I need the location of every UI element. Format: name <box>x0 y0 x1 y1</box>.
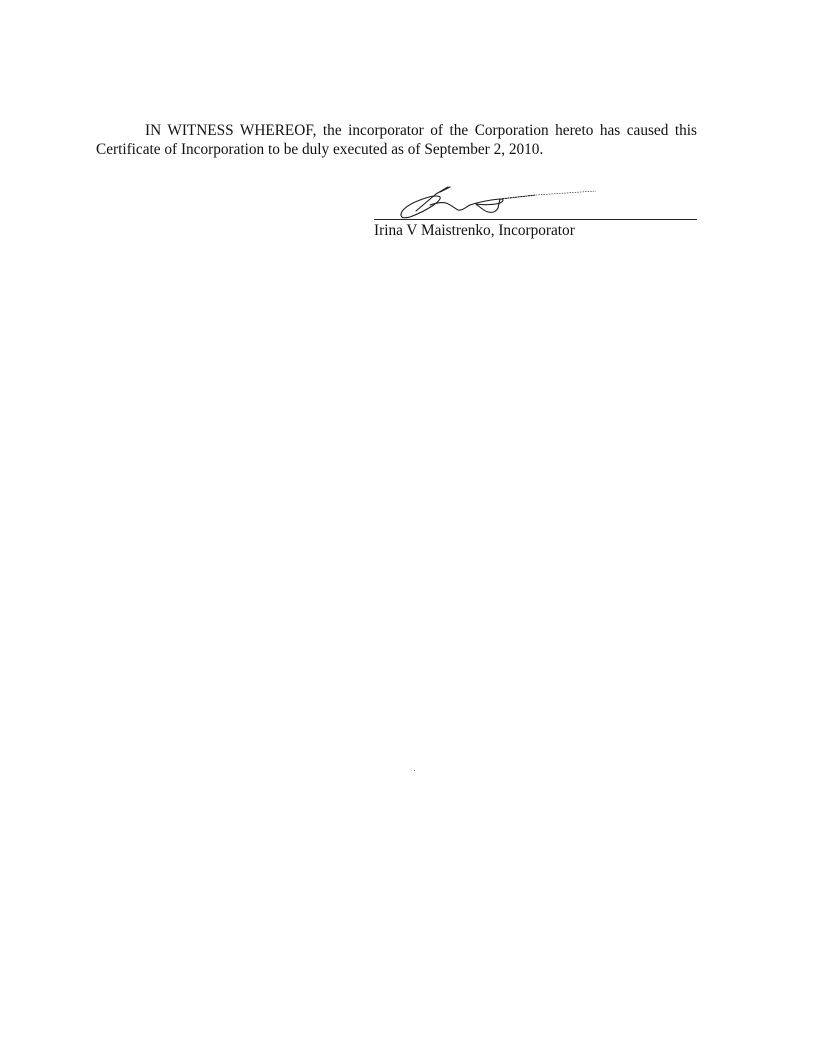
signature-line <box>374 219 697 220</box>
document-page: IN WITNESS WHEREOF, the incorporator of … <box>0 0 819 1050</box>
scan-speck <box>414 770 415 771</box>
witness-paragraph: IN WITNESS WHEREOF, the incorporator of … <box>96 121 697 159</box>
signature-icon <box>396 183 596 221</box>
signer-caption: Irina V Maistrenko, Incorporator <box>374 222 575 240</box>
